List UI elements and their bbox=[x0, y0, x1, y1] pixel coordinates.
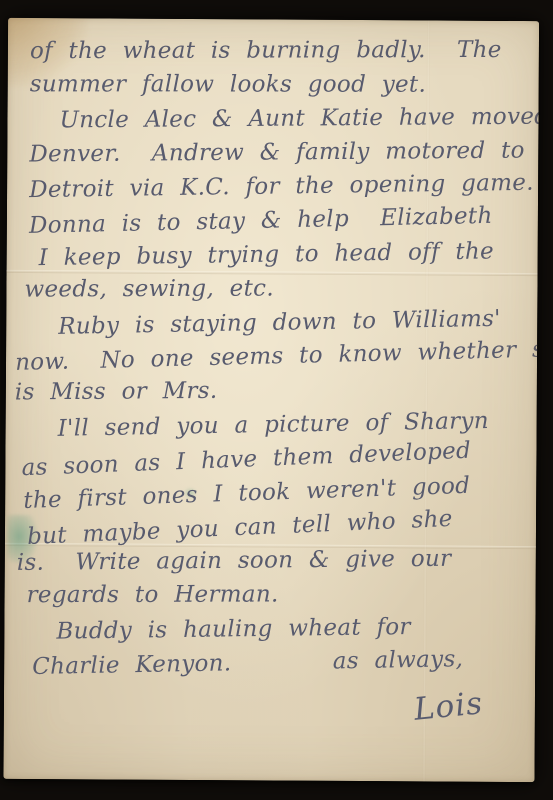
letter-closing: as always, bbox=[332, 642, 463, 678]
letter-line-text: weeds, sewing, etc. bbox=[24, 271, 274, 306]
letter-line: of the wheat is burning badly. The bbox=[30, 33, 523, 68]
letter-line-text: is Miss or Mrs. bbox=[15, 374, 218, 410]
letter-body: of the wheat is burning badly. Thesummer… bbox=[26, 32, 523, 681]
letter-line-text: Denver. Andrew & family motored to bbox=[29, 134, 525, 172]
letter-line: summer fallow looks good yet. bbox=[30, 67, 523, 101]
letter-line: regards to Herman. bbox=[27, 577, 520, 612]
letter-line-text: summer fallow looks good yet. bbox=[30, 67, 426, 101]
letter-line: Uncle Alec & Aunt Katie have moved to bbox=[59, 100, 522, 138]
letter-line-text: regards to Herman. bbox=[27, 577, 279, 612]
letter-line-text: Buddy is hauling wheat for bbox=[56, 610, 411, 649]
letter-line-text: Uncle Alec & Aunt Katie have moved to bbox=[59, 99, 539, 137]
signature: Lois bbox=[412, 685, 484, 728]
letter-line: I keep busy trying to head off the bbox=[38, 234, 521, 275]
letter-line-text: Charlie Kenyon. bbox=[32, 646, 232, 684]
letter-line: Denver. Andrew & family motored to bbox=[29, 134, 522, 172]
letter-line: is. Write again soon & give our bbox=[17, 541, 520, 580]
letter-line-text: is. Write again soon & give our bbox=[17, 542, 452, 580]
letter-page: of the wheat is burning badly. Thesummer… bbox=[3, 18, 539, 782]
photo-background: of the wheat is burning badly. Thesummer… bbox=[0, 0, 553, 800]
letter-line-text: I keep busy trying to head off the bbox=[38, 234, 494, 275]
letter-line: weeds, sewing, etc. bbox=[24, 270, 521, 306]
letter-line-text: of the wheat is burning badly. The bbox=[30, 33, 502, 68]
